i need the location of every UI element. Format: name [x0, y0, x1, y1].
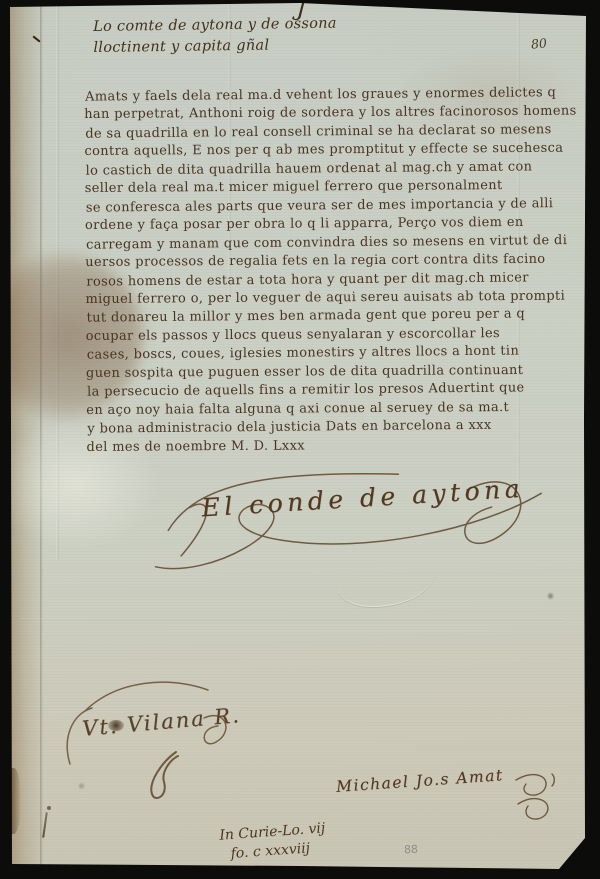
letter-heading: Lo comte de aytona y de ossona lloctinen…	[93, 14, 344, 59]
letter-body: Amats y faels dela real ma.d vehent los …	[84, 85, 587, 458]
scanned-manuscript: ʃ 80 Lo comte de aytona y de ossona lloc…	[0, 0, 600, 879]
body-line: del mes de noembre M. D. Lxxx	[86, 435, 586, 457]
heading-line-2: lloctinent y capita gñal	[93, 35, 343, 59]
signature-right-text: Michael Jo.s Amat	[336, 766, 505, 796]
ink-speck	[547, 592, 554, 600]
signature-amat: Michael Jo.s Amat	[332, 764, 562, 824]
heading-line-1: Lo comte de aytona y de ossona	[93, 14, 343, 38]
folio-number: 80	[530, 35, 547, 52]
registry-note: In Curie-Lo. vij fo. c xxxviij	[219, 819, 327, 864]
signature-rubric	[508, 766, 556, 822]
pen-scratch-dot	[47, 806, 51, 810]
signature-count-of-aytona: El conde de aytona	[148, 455, 552, 584]
pen-trial-loop	[142, 748, 182, 804]
ink-speck	[78, 782, 85, 790]
manuscript-page: ʃ 80 Lo comte de aytona y de ossona lloc…	[0, 0, 600, 879]
pencil-folio-number: 88	[404, 843, 419, 857]
horizontal-crease	[20, 618, 565, 620]
